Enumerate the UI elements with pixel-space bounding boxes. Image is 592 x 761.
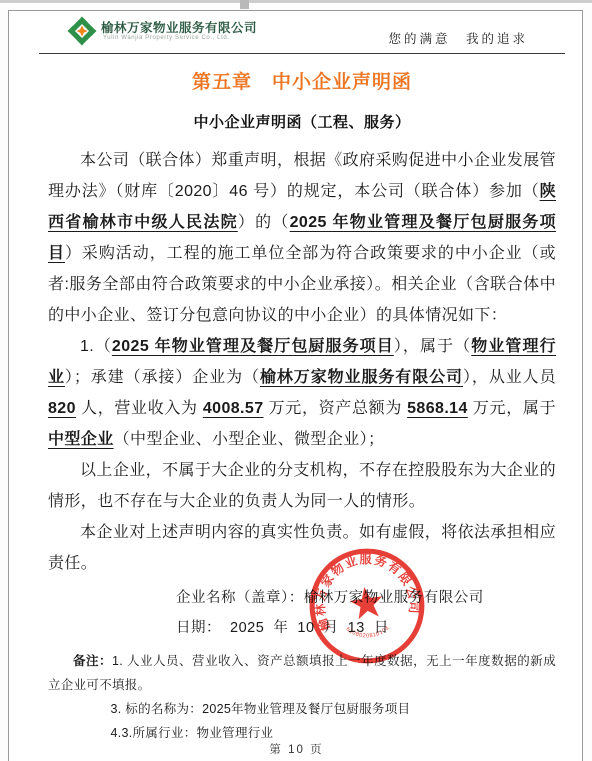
- company-seal-line: 企业名称（盖章）：榆林万家物业服务有限公司: [176, 583, 556, 613]
- note-line: 3. 标的名称为：2025年物业管理及餐厅包厨服务项目: [48, 697, 556, 721]
- company-name-en: Yulin Wanjia Property Service Co., Ltd.: [103, 35, 230, 41]
- body-paragraph: 本公司（联合体）郑重声明，根据《政府采购促进中小企业发展管理办法》（财库〔202…: [48, 145, 556, 331]
- notes-section: 备注：1. 人业人员、营业收入、资产总额填报上一年度数据，无上一年度数据的新成立…: [48, 649, 556, 745]
- window-edge: [0, 0, 592, 3]
- company-slogan: 您的满意 我的追求: [388, 29, 528, 47]
- company-logo-icon: [67, 16, 97, 46]
- scan-artifact: [240, 0, 249, 9]
- date-line: 日期： 2025 年 10 月 13 日: [176, 613, 556, 643]
- signature-block: 企业名称（盖章）：榆林万家物业服务有限公司 日期： 2025 年 10 月 13…: [176, 583, 556, 643]
- chapter-title: 第五章 中小企业声明函: [48, 67, 556, 94]
- document-title: 中小企业声明函（工程、服务）: [48, 111, 556, 132]
- letterhead: 榆林万家物业服务有限公司 Yulin Wanjia Property Servi…: [48, 15, 556, 49]
- body-paragraph: 1.（2025 年物业管理及餐厅包厨服务项目），属于（物业管理行业）；承建（承接…: [48, 331, 556, 455]
- body-paragraph: 本企业对上述声明内容的真实性负责。如有虚假，将依法承担相应责任。: [48, 517, 556, 579]
- declaration-body: 本公司（联合体）郑重声明，根据《政府采购促进中小企业发展管理办法》（财库〔202…: [48, 145, 556, 579]
- header-rule: [39, 53, 565, 54]
- document-page: 榆林万家物业服务有限公司 Yulin Wanjia Property Servi…: [8, 10, 583, 761]
- page-number: 第 10 页: [9, 741, 584, 757]
- note-line: 备注：1. 人业人员、营业收入、资产总额填报上一年度数据，无上一年度数据的新成立…: [48, 649, 556, 697]
- body-paragraph: 以上企业，不属于大企业的分支机构，不存在控股股东为大企业的情形，也不存在与大企业…: [48, 455, 556, 517]
- company-name-cn: 榆林万家物业服务有限公司: [101, 18, 257, 36]
- document-viewport: 榆林万家物业服务有限公司 Yulin Wanjia Property Servi…: [0, 0, 592, 761]
